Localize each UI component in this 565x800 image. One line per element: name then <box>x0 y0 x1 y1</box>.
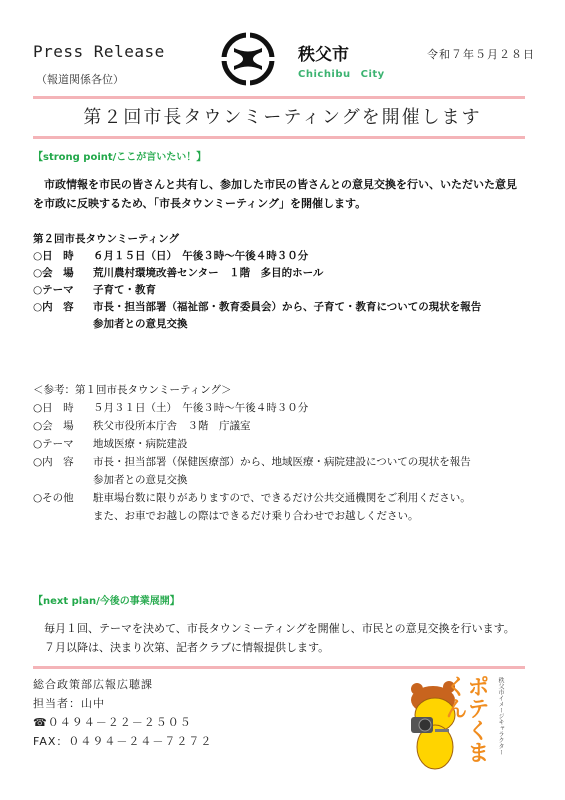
row-label: ○会 場 <box>33 265 93 282</box>
row-value: 市長・担当部署（福祉部・教育委員会）から、子育て・教育についての現状を報告 <box>93 301 481 313</box>
strong-point-heading: 【strong point/ここが言いたい！】 <box>33 148 206 163</box>
meeting1-row-content: ○内 容市長・担当部署（保健医療部）から、地域医療・病院建設についての現状を報告 <box>33 454 471 471</box>
mascot-caption: 秩父市イメージキャラクター <box>497 677 504 755</box>
meeting2-heading: 第２回市長タウンミーティング <box>33 231 179 248</box>
meeting1-other-line2: また、お車でお越しの際はできるだけ乗り合わせでお越しください。 <box>93 508 419 525</box>
row-label: ○テーマ <box>33 436 93 453</box>
row-value: 市長・担当部署（保健医療部）から、地域医療・病院建設についての現状を報告 <box>93 456 471 468</box>
row-value: 子育て・教育 <box>93 284 156 296</box>
recipients-label: （報道関係各位） <box>36 71 124 87</box>
meeting2-row-theme: ○テーマ子育て・教育 <box>33 282 156 299</box>
mascot-name: ポテくまくん <box>461 675 487 780</box>
meeting2-content-line2: 参加者との意見交換 <box>93 316 188 333</box>
meeting1-heading: ＜参考：第１回市長タウンミーティング＞ <box>33 382 231 399</box>
row-value: 駐車場台数に限りがありますので、できるだけ公共交通機関をご利用ください。 <box>93 492 471 504</box>
meeting1-row-venue: ○会 場秩父市役所本庁舎 ３階 庁議室 <box>33 418 251 435</box>
row-label: ○その他 <box>33 490 93 507</box>
meeting2-row-datetime: ○日 時６月１５日（日） 午後３時～午後４時３０分 <box>33 248 308 265</box>
divider-title <box>33 136 525 139</box>
meeting2-row-content: ○内 容市長・担当部署（福祉部・教育委員会）から、子育て・教育についての現状を報… <box>33 299 481 316</box>
row-label: ○日 時 <box>33 400 93 417</box>
page-title: 第２回市長タウンミーティングを開催します <box>0 103 565 129</box>
row-value: 地域医療・病院建設 <box>93 438 188 450</box>
row-label: ○テーマ <box>33 282 93 299</box>
city-emblem-icon <box>220 31 276 87</box>
press-release-label: Press Release <box>33 42 165 61</box>
city-name-en: Chichibu City <box>298 69 385 80</box>
release-date: 令和７年５月２８日 <box>427 46 535 62</box>
row-label: ○日 時 <box>33 248 93 265</box>
next-plan-line1: 毎月１回、テーマを決めて、市長タウンミーティングを開催し、市民との意見交換を行い… <box>33 619 533 639</box>
meeting2-row-venue: ○会 場荒川農村環境改善センター １階 多目的ホール <box>33 265 323 282</box>
row-label: ○内 容 <box>33 299 93 316</box>
meeting1-row-datetime: ○日 時５月３１日（土） 午後３時～午後４時３０分 <box>33 400 308 417</box>
mascot-illustration: ポテくまくん 秩父市イメージキャラクター <box>405 675 525 780</box>
contact-person: 担当者：山中 <box>33 694 105 713</box>
meeting1-row-theme: ○テーマ地域医療・病院建設 <box>33 436 188 453</box>
contact-fax: FAX：０４９４－２４－７２７２ <box>33 732 212 751</box>
strong-point-body-1: 市政情報を市民の皆さんと共有し、参加した市民の皆さんとの意見交換を行い、いただい… <box>33 175 533 195</box>
city-name-jp: 秩父市 <box>298 40 349 65</box>
row-value: 秩父市役所本庁舎 ３階 庁議室 <box>93 420 251 432</box>
meeting1-content-line2: 参加者との意見交換 <box>93 472 188 489</box>
meeting1-row-other: ○その他駐車場台数に限りがありますので、できるだけ公共交通機関をご利用ください。 <box>33 490 471 507</box>
row-label: ○会 場 <box>33 418 93 435</box>
divider-bottom <box>33 666 525 669</box>
row-value: ５月３１日（土） 午後３時～午後４時３０分 <box>93 402 308 414</box>
next-plan-heading: 【next plan/今後の事業展開】 <box>33 592 180 607</box>
row-label: ○内 容 <box>33 454 93 471</box>
row-value: ６月１５日（日） 午後３時～午後４時３０分 <box>93 250 308 262</box>
contact-department: 総合政策部広報広聴課 <box>33 675 153 694</box>
next-plan-line2: ７月以降は、決まり次第、記者クラブに情報提供します。 <box>33 638 533 658</box>
contact-tel: ☎０４９４－２２－２５０５ <box>33 713 192 732</box>
divider-top <box>33 96 525 99</box>
strong-point-body-2: を市政に反映するため、「市長タウンミーティング」を開催します。 <box>33 194 533 214</box>
row-value: 荒川農村環境改善センター １階 多目的ホール <box>93 267 323 279</box>
